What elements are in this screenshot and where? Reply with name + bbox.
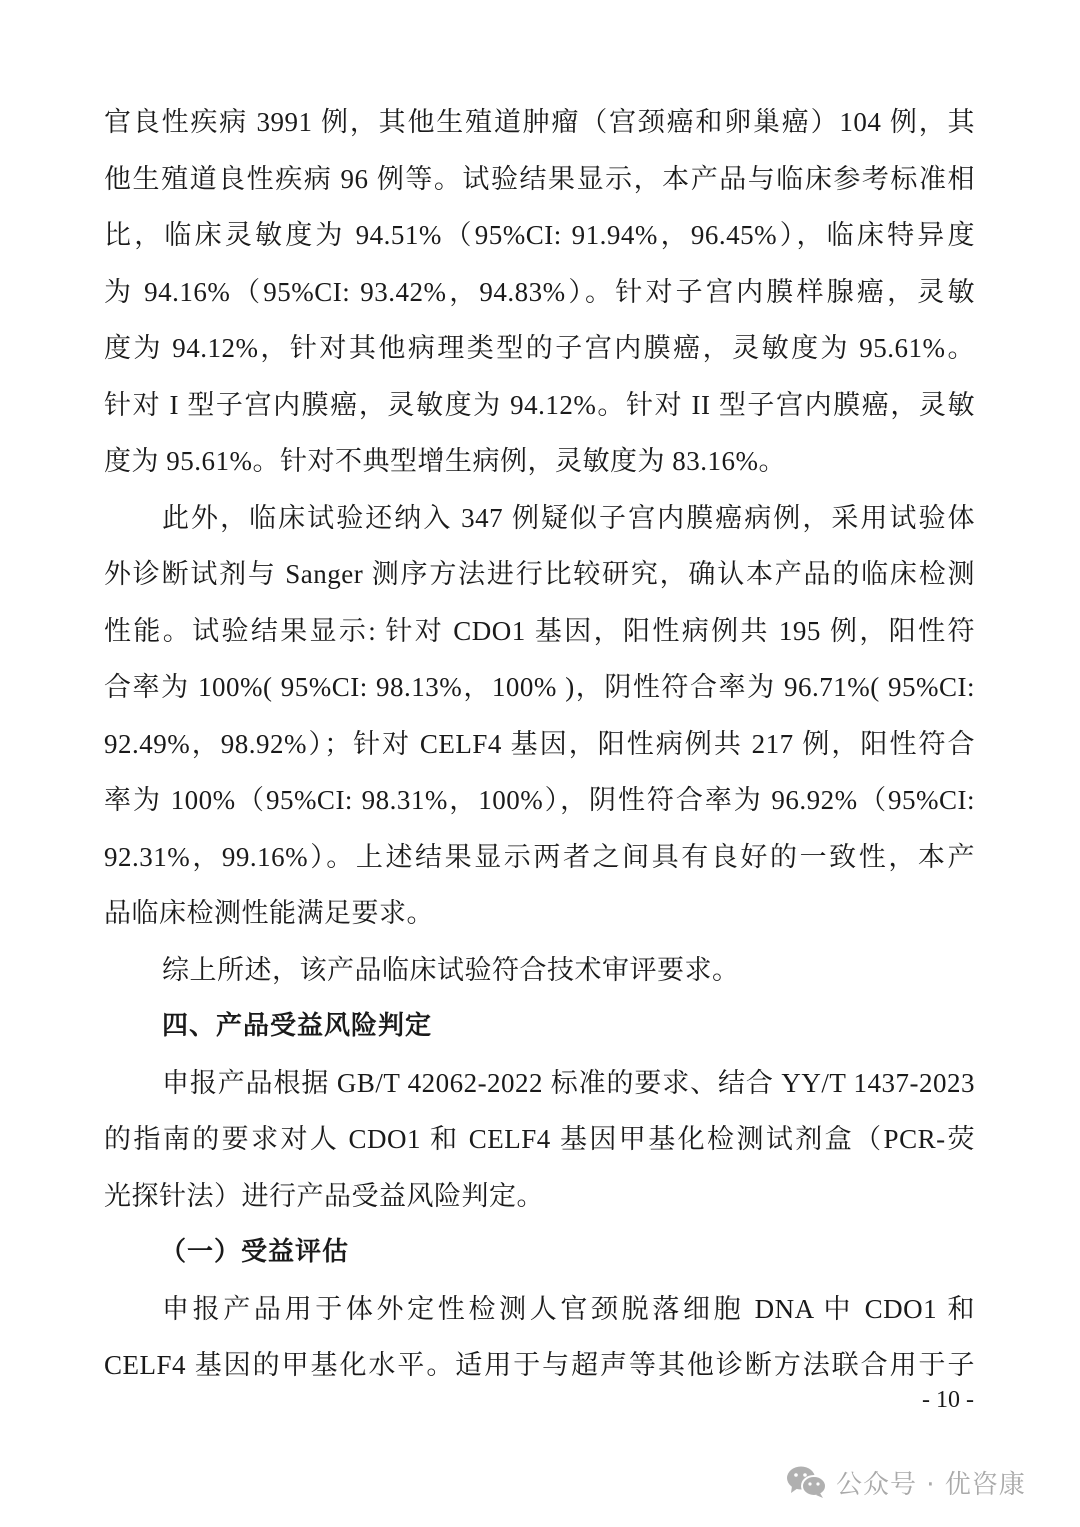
text-line: 92.31%，99.16%）。上述结果显示两者之间具有良好的一致性，本产 xyxy=(104,837,975,877)
watermark: 公众号 · 优咨康 xyxy=(786,1462,1026,1502)
text-line: 度为 95.61%。针对不典型增生病例，灵敏度为 83.16%。 xyxy=(104,441,975,481)
text-line: 品临床检测性能满足要求。 xyxy=(104,893,975,933)
text-line: 比，临床灵敏度为 94.51%（95%CI: 91.94%，96.45%），临床… xyxy=(104,215,975,255)
text-line: 他生殖道良性疾病 96 例等。试验结果显示，本产品与临床参考标准相 xyxy=(104,159,975,199)
text-line: 官良性疾病 3991 例，其他生殖道肿瘤（宫颈癌和卵巢癌）104 例，其 xyxy=(104,102,975,142)
text-line: 综上所述，该产品临床试验符合技术审评要求。 xyxy=(162,950,975,990)
text-line: 申报产品用于体外定性检测人官颈脱落细胞 DNA 中 CDO1 和 xyxy=(162,1289,975,1329)
page-number: - 10 - xyxy=(922,1385,974,1415)
section-heading: 四、产品受益风险判定 xyxy=(162,1006,975,1046)
text-line: 为 94.16%（95%CI: 93.42%，94.83%）。针对子宫内膜样腺癌… xyxy=(104,272,975,312)
watermark-text: 公众号 · 优咨康 xyxy=(836,1464,1026,1501)
text-line: 度为 94.12%，针对其他病理类型的子宫内膜癌，灵敏度为 95.61%。 xyxy=(104,328,975,368)
text-line: 性能。试验结果显示: 针对 CDO1 基因，阳性病例共 195 例，阳性符 xyxy=(104,611,975,651)
text-line: 率为 100%（95%CI: 98.31%，100%），阴性符合率为 96.92… xyxy=(104,780,975,820)
wechat-icon xyxy=(786,1465,828,1499)
subsection-heading: （一）受益评估 xyxy=(160,1232,1031,1272)
document-page: 官良性疾病 3991 例，其他生殖道肿瘤（宫颈癌和卵巢癌）104 例，其 他生殖… xyxy=(0,0,1080,1527)
text-line: CELF4 基因的甲基化水平。适用于与超声等其他诊断方法联合用于子 xyxy=(104,1345,975,1385)
text-line: 针对 I 型子宫内膜癌，灵敏度为 94.12%。针对 II 型子宫内膜癌，灵敏 xyxy=(104,385,975,425)
text-line: 申报产品根据 GB/T 42062-2022 标准的要求、结合 YY/T 143… xyxy=(162,1063,975,1103)
text-line: 合率为 100%( 95%CI: 98.13%，100% )，阴性符合率为 96… xyxy=(104,667,975,707)
text-line: 外诊断试剂与 Sanger 测序方法进行比较研究，确认本产品的临床检测 xyxy=(104,554,975,594)
text-line: 92.49%，98.92%）；针对 CELF4 基因，阳性病例共 217 例，阳… xyxy=(104,724,975,764)
text-line: 光探针法）进行产品受益风险判定。 xyxy=(104,1176,975,1216)
text-line: 的指南的要求对人 CDO1 和 CELF4 基因甲基化检测试剂盒（PCR-荧 xyxy=(104,1119,975,1159)
text-line: 此外，临床试验还纳入 347 例疑似子宫内膜癌病例，采用试验体 xyxy=(162,498,975,538)
